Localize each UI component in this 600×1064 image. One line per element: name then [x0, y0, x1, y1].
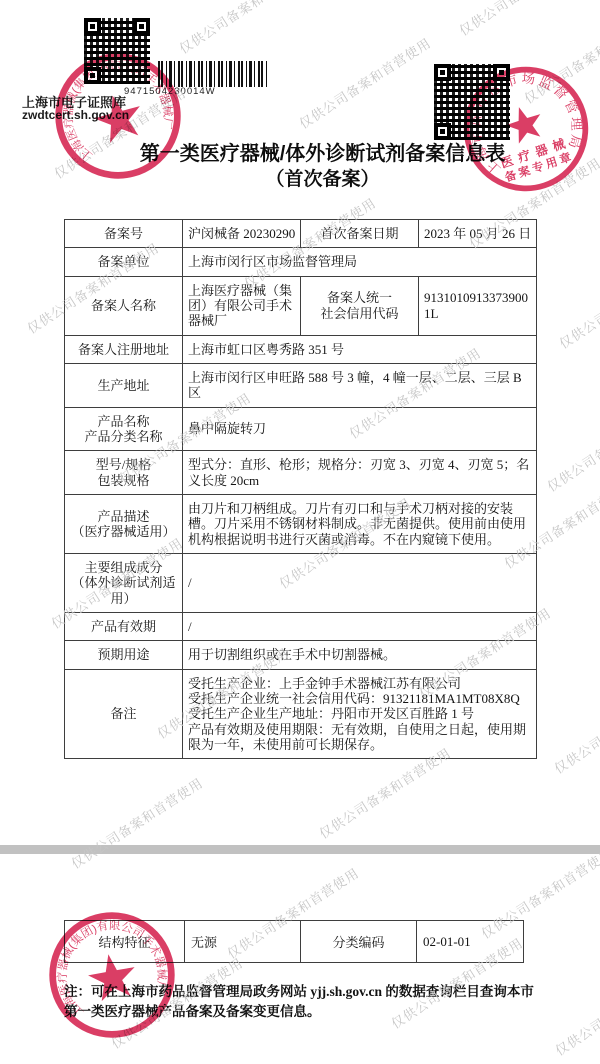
- company-seal-stamp-bottom: 上海医疗器械(集团)有限公司手术器械厂: [34, 897, 189, 1052]
- row-value: 2023 年 05 月 26 日: [419, 220, 537, 248]
- row-label: 备注: [65, 669, 183, 759]
- row-value: 由刀片和刀柄组成。刀片有刃口和与手术刀柄对接的安装槽。刀片采用不锈钢材料制成。非…: [183, 494, 537, 553]
- star-icon: [85, 950, 139, 1003]
- table-row: 产品名称 产品分类名称鼻中隔旋转刀: [65, 407, 537, 451]
- row-label: 主要组成成分 （体外诊断试剂适用）: [65, 553, 183, 612]
- row-value: 上海市虹口区粤秀路 351 号: [183, 335, 537, 363]
- watermark-text: 仅供公司备案和首营使用: [543, 396, 600, 496]
- row-value: 上海市闵行区市场监督管理局: [183, 248, 537, 276]
- row-label: 产品描述 （医疗器械适用）: [65, 494, 183, 553]
- row-value: /: [183, 553, 537, 612]
- table-row: 备案人名称上海医疗器械（集团）有限公司手术器械厂备案人统一 社会信用代码9131…: [65, 276, 537, 335]
- watermark-text: 仅供公司备案和首营使用: [67, 773, 207, 873]
- page-divider: [0, 845, 600, 854]
- row-label: 备案人统一 社会信用代码: [301, 276, 419, 335]
- table-row: 型号/规格 包装规格型式分：直形、枪形；规格分：刃宽 3、刃宽 4、刃宽 5；名…: [65, 451, 537, 495]
- row-label: 备案人注册地址: [65, 335, 183, 363]
- table-row: 产品描述 （医疗器械适用）由刀片和刀柄组成。刀片有刃口和与手术刀柄对接的安装槽。…: [65, 494, 537, 553]
- table-row: 备案单位上海市闵行区市场监督管理局: [65, 248, 537, 276]
- row-label: 备案人名称: [65, 276, 183, 335]
- row-value: 上海市闵行区申旺路 588 号 3 幢，4 幢一层、二层、三层 B 区: [183, 363, 537, 407]
- row-value: 02-01-01: [417, 921, 524, 963]
- watermark-text: 仅供公司备案和首营使用: [550, 678, 600, 778]
- row-value: 91310109133739001L: [419, 276, 537, 335]
- row-label: 预期用途: [65, 641, 183, 669]
- row-label: 备案单位: [65, 248, 183, 276]
- qr-finder-icon: [133, 18, 150, 35]
- watermark-text: 仅供公司备案和首营使用: [551, 960, 600, 1060]
- row-value: 型式分：直形、枪形；规格分：刃宽 3、刃宽 4、刃宽 5；名义长度 20cm: [183, 451, 537, 495]
- row-label: 分类编码: [301, 921, 417, 963]
- qr-finder-icon: [434, 64, 451, 81]
- table-row: 预期用途用于切割组织或在手术中切割器械。: [65, 641, 537, 669]
- table-row: 主要组成成分 （体外诊断试剂适用）/: [65, 553, 537, 612]
- qr-finder-icon: [434, 123, 451, 140]
- row-value: 用于切割组织或在手术中切割器械。: [183, 641, 537, 669]
- row-value: 鼻中隔旋转刀: [183, 407, 537, 451]
- row-label: 首次备案日期: [301, 220, 419, 248]
- row-value: 上海医疗器械（集团）有限公司手术器械厂: [183, 276, 301, 335]
- watermark-text: 仅供公司备案和首营使用: [555, 253, 600, 353]
- table-row: 备案号沪闵械备 20230290首次备案日期2023 年 05 月 26 日: [65, 220, 537, 248]
- filing-table: 备案号沪闵械备 20230290首次备案日期2023 年 05 月 26 日备案…: [64, 219, 537, 759]
- row-label: 备案号: [65, 220, 183, 248]
- watermark-text: 仅供公司备案和首营使用: [295, 33, 435, 133]
- row-value: /: [183, 612, 537, 640]
- table-row: 备注受托生产企业：上手金钟手术器械江苏有限公司 受托生产企业统一社会信用代码：9…: [65, 669, 537, 759]
- table-row: 生产地址上海市闵行区申旺路 588 号 3 幢，4 幢一层、二层、三层 B 区: [65, 363, 537, 407]
- table-row: 产品有效期/: [65, 612, 537, 640]
- row-label: 型号/规格 包装规格: [65, 451, 183, 495]
- filing-table-body: 备案号沪闵械备 20230290首次备案日期2023 年 05 月 26 日备案…: [65, 220, 537, 759]
- star-icon: [502, 102, 547, 146]
- document-page: 仅供公司备案和首营使用仅供公司备案和首营使用仅供公司备案和首营使用仅供公司备案和…: [0, 0, 600, 1064]
- qr-finder-icon: [84, 18, 101, 35]
- row-value: 受托生产企业：上手金钟手术器械江苏有限公司 受托生产企业统一社会信用代码：913…: [183, 669, 537, 759]
- watermark-text: 仅供公司备案和首营使用: [455, 0, 595, 39]
- row-label: 产品名称 产品分类名称: [65, 407, 183, 451]
- watermark-text: 仅供公司备案和首营使用: [175, 0, 315, 57]
- star-icon: [90, 90, 147, 146]
- table-row: 备案人注册地址上海市虹口区粤秀路 351 号: [65, 335, 537, 363]
- row-value: 无源: [185, 921, 301, 963]
- row-label: 产品有效期: [65, 612, 183, 640]
- row-label: 生产地址: [65, 363, 183, 407]
- row-value: 沪闵械备 20230290: [183, 220, 301, 248]
